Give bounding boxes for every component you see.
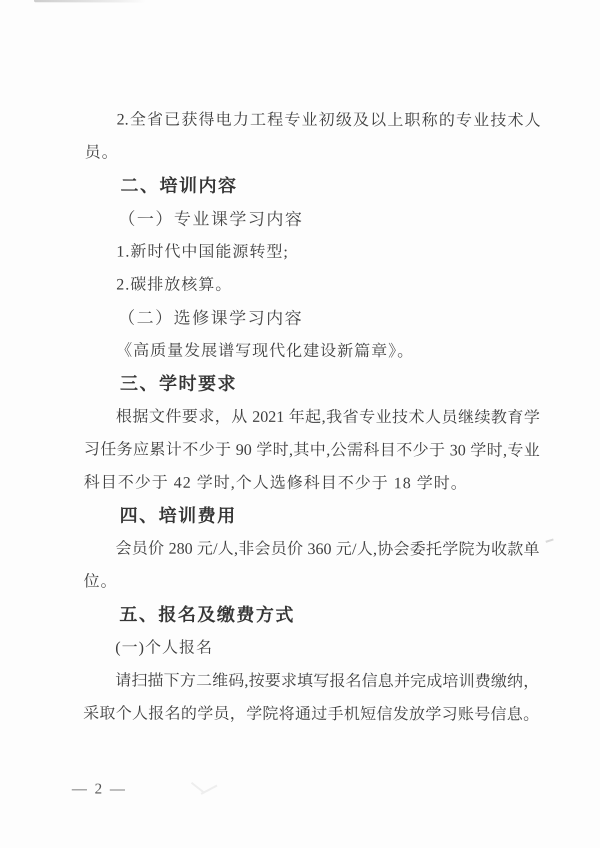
sub-heading: （一）专业课学习内容 bbox=[84, 202, 540, 236]
scan-artifact-pencil-mark bbox=[188, 783, 222, 801]
paragraph-line: 科目不少于 42 学时,个人选修科目不少于 18 学时。 bbox=[84, 466, 540, 500]
section-heading: 三、学时要求 bbox=[84, 367, 540, 401]
paragraph-line: 员。 bbox=[85, 136, 541, 170]
scan-artifact-tick bbox=[545, 538, 553, 542]
paragraph-line: 习任务应累计不少于 90 学时,其中,公需科目不少于 30 学时,专业 bbox=[84, 433, 540, 467]
list-item: 2.碳排放核算。 bbox=[84, 268, 540, 302]
scan-artifact-top-edge bbox=[34, 0, 146, 3]
paragraph-line: 请扫描下方二维码,按要求填写报名信息并完成培训费缴纳， bbox=[83, 664, 539, 698]
sub-heading: （二）选修课学习内容 bbox=[84, 301, 540, 335]
paragraph-line: 位。 bbox=[83, 565, 539, 599]
scanned-page: 2.全省已获得电力工程专业初级及以上职称的专业技术人 员。 二、培训内容 （一）… bbox=[0, 0, 600, 848]
section-heading: 四、培训费用 bbox=[84, 499, 540, 533]
paragraph-line: 根据文件要求，从 2021 年起,我省专业技术人员继续教育学 bbox=[84, 400, 540, 434]
paragraph-line: 2.全省已获得电力工程专业初级及以上职称的专业技术人 bbox=[85, 103, 541, 137]
document-content: 2.全省已获得电力工程专业初级及以上职称的专业技术人 员。 二、培训内容 （一）… bbox=[83, 103, 541, 731]
section-heading: 二、培训内容 bbox=[84, 169, 540, 203]
paragraph-line: 采取个人报名的学员，学院将通过手机短信发放学习账号信息。 bbox=[83, 697, 539, 731]
section-heading: 五、报名及缴费方式 bbox=[83, 598, 539, 632]
list-item: 《高质量发展谱写现代化建设新篇章》。 bbox=[84, 334, 540, 368]
paragraph-line: 会员价 280 元/人,非会员价 360 元/人,协会委托学院为收款单 bbox=[84, 532, 540, 566]
sub-heading: (一)个人报名 bbox=[83, 631, 539, 665]
page-number: — 2 — bbox=[72, 781, 127, 798]
list-item: 1.新时代中国能源转型; bbox=[84, 235, 540, 269]
